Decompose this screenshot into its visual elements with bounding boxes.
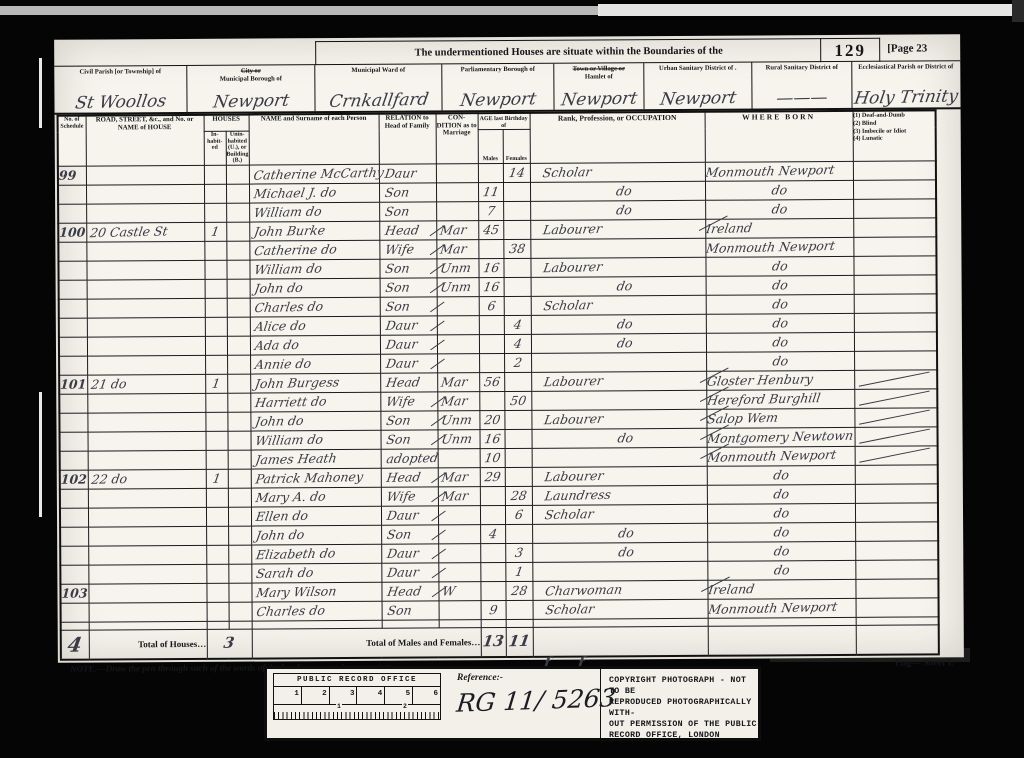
cell-relation-value: Daur xyxy=(386,545,420,561)
cell-name: Mary Wilson xyxy=(251,582,381,602)
cell-disability xyxy=(855,502,938,522)
cell-condition-value: Unm xyxy=(439,278,472,294)
cell-age-female: 2 xyxy=(504,353,531,372)
cell-name: Annie do xyxy=(250,354,380,374)
cell-name-value: Mary Wilson xyxy=(255,583,337,600)
folio-number: 129 xyxy=(820,38,880,62)
district-cell: Municipal Ward ofCrnkallfard xyxy=(315,64,442,111)
cell-occupation: Labourer xyxy=(531,371,706,391)
cell-where-born: do xyxy=(707,465,855,485)
cell-name: John do xyxy=(251,525,381,545)
cell-road xyxy=(86,184,204,204)
total-males-females-label: Total of Males and Females… xyxy=(252,627,481,658)
cell-age-female: 4 xyxy=(504,315,531,334)
cell-inhabited xyxy=(206,545,228,564)
cell-age-male-value: 10 xyxy=(483,449,501,464)
cell-name: Michael J. do xyxy=(249,183,379,203)
cell-condition: Unm xyxy=(437,410,479,429)
cell-uninhabited xyxy=(227,393,250,412)
cell-where-born: Ireland xyxy=(707,579,855,599)
cell-disability xyxy=(853,160,936,180)
cell-inhabited xyxy=(205,298,227,317)
pro-office-label: PUBLIC RECORD OFFICE xyxy=(274,674,440,687)
boundaries-title: The undermentioned Houses are situate wi… xyxy=(315,38,821,65)
page-header: The undermentioned Houses are situate wi… xyxy=(54,34,960,66)
cell-age-female: 38 xyxy=(503,239,530,258)
cell-where-born-value: Hereford Burghill xyxy=(706,390,822,408)
cell-inhabited: 1 xyxy=(206,469,228,488)
cell-relation: Son xyxy=(380,296,437,315)
district-cell: Rural Sanitary District of——— xyxy=(752,62,852,109)
cell-relation: adopted xyxy=(381,448,438,467)
total-females-value: 11 xyxy=(507,632,531,651)
cell-relation-value: Daur xyxy=(383,165,417,181)
cell-condition xyxy=(438,543,480,562)
cell-relation: Daur xyxy=(381,543,438,562)
district-label: Rural Sanitary District of xyxy=(752,62,851,72)
cell-age-male xyxy=(479,391,504,410)
cell-inhabited-value: 1 xyxy=(210,223,220,238)
cell-relation: Son xyxy=(380,410,437,429)
cell-condition: Mar xyxy=(436,239,478,258)
cell-occupation-value: Laundress xyxy=(543,486,612,503)
cell-inhabited xyxy=(206,583,228,602)
col-houses: HOUSES xyxy=(204,115,249,132)
cell-inhabited xyxy=(205,355,227,374)
cell-uninhabited xyxy=(228,526,251,545)
cell-occupation: Laundress xyxy=(532,485,707,505)
cell-schedule xyxy=(58,261,86,280)
cell-where-born: do xyxy=(707,541,855,561)
cell-inhabited xyxy=(206,526,228,545)
cell-where-born: Monmouth Newport xyxy=(705,161,853,181)
cell-age-male: 4 xyxy=(480,524,505,543)
cell-relation: Son xyxy=(379,201,436,220)
total-houses-label: Total of Houses… xyxy=(89,629,207,660)
cell-age-male-value: 9 xyxy=(488,602,498,617)
cell-disability xyxy=(855,578,938,598)
cell-occupation: do xyxy=(531,333,706,353)
cell-schedule: 99 xyxy=(58,166,86,185)
cell-name-value: John do xyxy=(253,279,304,295)
cell-disability xyxy=(854,407,937,427)
cell-where-born: Ireland xyxy=(705,218,853,238)
cell-where-born-value: do xyxy=(705,334,855,350)
cell-name: James Heath xyxy=(251,449,381,469)
cell-disability xyxy=(855,540,938,560)
col-uninhabited: Unin-habited (U.), or Building (B.) xyxy=(226,131,249,165)
cell-condition-value: Mar xyxy=(440,393,469,409)
district-label: Urban Sanitary District of . xyxy=(644,63,751,73)
cell-road xyxy=(87,317,205,337)
cell-inhabited xyxy=(206,450,228,469)
cell-occupation: Scholar xyxy=(532,504,707,524)
cell-relation-value: Son xyxy=(384,260,410,276)
cell-inhabited: 1 xyxy=(204,222,226,241)
reference-section: Reference:- RG 11/ 5263 xyxy=(449,669,601,738)
cell-name: Ada do xyxy=(250,335,380,355)
col-relation: RELATION to Head of Family xyxy=(379,113,436,163)
cell-road xyxy=(87,336,205,356)
cell-disability xyxy=(855,445,938,465)
cell-relation-value: Son xyxy=(384,279,410,295)
page-number: [Page 23 xyxy=(887,42,927,54)
film-edge-strip-bright xyxy=(598,4,1012,16)
cell-occupation-value: do xyxy=(542,278,707,294)
cell-disability xyxy=(856,597,939,617)
cell-occupation-value: Scholar xyxy=(544,601,595,617)
ruler-inch-number: 5 xyxy=(385,687,413,704)
cell-name-value: John Burke xyxy=(253,222,326,239)
cell-inhabited xyxy=(204,165,226,184)
cell-condition-value: Mar xyxy=(440,488,469,504)
ink-slash xyxy=(859,447,930,462)
cell-road xyxy=(87,393,205,413)
cell-name-value: James Heath xyxy=(254,450,337,467)
cell-occupation-value: Labourer xyxy=(543,372,604,388)
cell-road xyxy=(86,165,204,185)
film-scratch xyxy=(39,58,42,128)
cell-age-male: 16 xyxy=(480,429,505,448)
cell-where-born-value: do xyxy=(704,182,854,198)
cell-schedule xyxy=(59,337,87,356)
cell-uninhabited xyxy=(226,165,249,184)
cell-uninhabited xyxy=(227,412,250,431)
col-schedule: No. of Schedule xyxy=(58,116,86,166)
cell-uninhabited xyxy=(227,279,250,298)
cell-schedule xyxy=(60,565,88,584)
cell-name-value: William do xyxy=(252,203,322,220)
cell-occupation: Labourer xyxy=(530,219,705,239)
cell-name-value: Mary A. do xyxy=(254,488,326,505)
cell-age-male-value: 16 xyxy=(482,259,500,274)
cell-schedule xyxy=(59,356,87,375)
cell-uninhabited xyxy=(228,469,251,488)
cell-schedule xyxy=(58,185,86,204)
cell-occupation-value: do xyxy=(541,183,706,199)
cell-where-born-value: Monmouth Newport xyxy=(705,237,836,255)
cell-where-born-value: Gloster Henbury xyxy=(705,371,813,389)
cell-where-born: do xyxy=(705,256,853,276)
cell-road xyxy=(88,450,206,470)
cell-name-value: Patrick Mahoney xyxy=(254,468,364,486)
cell-schedule: 102 xyxy=(60,470,88,489)
cell-uninhabited xyxy=(227,298,250,317)
cell-schedule xyxy=(59,299,87,318)
cell-relation: Daur xyxy=(379,163,436,182)
cell-where-born: do xyxy=(707,522,855,542)
cell-name: Patrick Mahoney xyxy=(251,468,381,488)
district-cell: City orMunicipal Borough ofNewport xyxy=(187,65,315,112)
cell-occupation-value: do xyxy=(542,316,707,332)
ruler-inch-number: 2 xyxy=(302,687,330,704)
cell-age-male: 16 xyxy=(479,277,504,296)
sheet-label: Eng— Sheet E xyxy=(895,658,954,668)
cell-age-female xyxy=(503,258,530,277)
cell-disability xyxy=(855,483,938,503)
cell-road xyxy=(88,545,206,565)
cell-age-female xyxy=(505,429,532,448)
cell-road xyxy=(86,203,204,223)
cell-name: John Burke xyxy=(249,221,379,241)
cell-where-born: Monmouth Newport xyxy=(707,446,855,466)
cell-age-male xyxy=(478,239,503,258)
cell-inhabited xyxy=(205,336,227,355)
cell-uninhabited xyxy=(226,222,249,241)
cell-occupation-value: Labourer xyxy=(542,220,603,236)
cell-age-female-value: 6 xyxy=(513,506,523,521)
cell-age-male xyxy=(479,315,504,334)
cell-occupation-value: Charwoman xyxy=(544,581,623,598)
cell-road: 21 do xyxy=(87,374,205,394)
cell-disability xyxy=(855,464,938,484)
cell-age-male xyxy=(480,486,505,505)
cell-uninhabited xyxy=(228,488,251,507)
cell-occupation-value: do xyxy=(541,202,706,218)
cell-where-born: do xyxy=(706,313,854,333)
cell-relation-value: Daur xyxy=(386,564,420,580)
district-value: Newport xyxy=(560,89,639,111)
cell-uninhabited xyxy=(228,583,251,602)
cell-relation: Head xyxy=(379,220,436,239)
cell-inhabited xyxy=(205,412,227,431)
cell-disability xyxy=(853,236,936,256)
flourish-mark: 4 xyxy=(66,632,84,656)
cell-age-male-value: 20 xyxy=(483,411,501,426)
cell-age-male-value: 7 xyxy=(486,203,496,218)
cell-relation: Daur xyxy=(380,315,437,334)
cell-schedule xyxy=(60,451,88,470)
cell-inhabited-value: 1 xyxy=(212,470,222,485)
cell-where-born-value: do xyxy=(706,467,856,483)
cell-name-value: Michael J. do xyxy=(252,184,337,201)
cell-relation-value: Son xyxy=(385,431,411,447)
cell-condition-value: Unm xyxy=(440,430,473,446)
cell-inhabited xyxy=(204,203,226,222)
cell-relation-value: Wife xyxy=(385,393,416,409)
ruler-inch-number: 6 xyxy=(413,687,440,704)
cell-age-female: 1 xyxy=(505,562,532,581)
cell-disability xyxy=(855,559,938,579)
cell-road xyxy=(87,355,205,375)
cell-name: Catherine do xyxy=(249,240,379,260)
district-value: St Woollos xyxy=(74,91,168,113)
cell-road xyxy=(87,431,205,451)
ink-slash xyxy=(859,428,930,443)
cell-disability xyxy=(854,293,937,313)
cell-occupation-value: do xyxy=(542,335,707,351)
cell-age-female-value: 14 xyxy=(507,164,525,179)
cell-name-value: Charles do xyxy=(253,298,324,315)
district-label: Civil Parish [or Township] of xyxy=(54,66,186,76)
cell-condition: Unm xyxy=(438,429,480,448)
cell-condition-value: Unm xyxy=(439,259,472,275)
cell-road xyxy=(86,241,204,261)
cell-age-male: 9 xyxy=(481,600,506,619)
cell-relation: Daur xyxy=(381,562,438,581)
cell-name-value: Ada do xyxy=(253,336,299,352)
ink-slash xyxy=(858,371,929,386)
cell-condition-value: Mar xyxy=(439,241,468,257)
cell-age-female-value: 50 xyxy=(509,392,527,407)
cell-schedule xyxy=(58,242,86,261)
cell-name-value: Catherine do xyxy=(253,241,338,258)
cell-disability xyxy=(854,388,937,408)
cell-road-value: 20 Castle St xyxy=(89,223,169,240)
cell-name-value: Catherine McCarthy xyxy=(252,164,384,182)
cell-schedule xyxy=(60,546,88,565)
ink-slash xyxy=(858,390,929,405)
district-value: Holy Trinity xyxy=(853,86,960,108)
cell-uninhabited xyxy=(226,260,249,279)
cell-road xyxy=(89,602,207,622)
cell-age-male xyxy=(480,581,505,600)
cell-inhabited xyxy=(204,260,226,279)
total-males-value: 13 xyxy=(481,632,505,651)
cell-occupation-value: do xyxy=(543,525,708,541)
cell-occupation-value: Labourer xyxy=(542,258,603,274)
cell-relation-value: adopted xyxy=(385,449,439,465)
total-houses-value: 3 xyxy=(223,634,236,652)
cell-schedule-value: 99 xyxy=(58,167,76,182)
cell-name: Sarah do xyxy=(251,563,381,583)
cell-name: William do xyxy=(251,430,381,450)
cell-condition: Unm xyxy=(437,277,479,296)
cell-occupation xyxy=(532,561,707,581)
cell-age-male xyxy=(480,505,505,524)
cell-relation-value: Wife xyxy=(384,241,415,257)
district-cell: Ecclesiastical Parish or District ofHoly… xyxy=(852,61,959,108)
district-cell: Town or Village orHamlet ofNewport xyxy=(554,63,644,110)
cell-occupation: do xyxy=(530,200,705,220)
cell-where-born: do xyxy=(707,503,855,523)
cell-condition: W xyxy=(438,581,480,600)
cell-where-born-value: Monmouth Newport xyxy=(704,161,835,179)
cell-occupation-value: do xyxy=(544,544,709,560)
cell-occupation-value: Scholar xyxy=(541,164,592,180)
cell-occupation: do xyxy=(532,542,707,562)
cell-disability xyxy=(854,369,937,389)
cell-inhabited-value: 1 xyxy=(211,375,221,390)
cell-condition: Mar xyxy=(438,467,480,486)
cell-road: 22 do xyxy=(88,469,206,489)
cell-relation-value: Son xyxy=(385,412,411,428)
cell-age-female: 4 xyxy=(504,334,531,353)
cell-name-value: Harriett do xyxy=(254,393,328,410)
col-inhabited: In-habit-ed xyxy=(204,131,226,165)
cell-inhabited xyxy=(205,317,227,336)
cell-disability xyxy=(855,521,938,541)
district-cell: Parliamentary Borough ofNewport xyxy=(442,64,554,111)
col-name: NAME and Surname of each Person xyxy=(249,114,379,165)
cell-relation-value: Head xyxy=(384,222,420,238)
cell-name: Catherine McCarthy xyxy=(249,164,379,184)
cell-name-value: Charles do xyxy=(255,602,326,619)
cell-age-male-value: 16 xyxy=(482,278,500,293)
cell-condition xyxy=(437,296,479,315)
cell-name-value: Alice do xyxy=(253,317,306,333)
cell-schedule xyxy=(60,432,88,451)
cell-uninhabited xyxy=(228,450,251,469)
cell-relation-value: Son xyxy=(383,184,409,200)
cell-uninhabited xyxy=(227,317,250,336)
cell-name-value: John do xyxy=(254,412,305,428)
cell-road xyxy=(88,564,206,584)
cell-road xyxy=(87,279,205,299)
cell-inhabited xyxy=(206,564,228,583)
cell-name: John Burgess xyxy=(250,373,380,393)
cell-schedule xyxy=(60,508,88,527)
cell-occupation: Labourer xyxy=(531,409,706,429)
cell-condition-value: Unm xyxy=(440,411,473,427)
cell-age-female xyxy=(506,600,533,619)
cell-relation: Son xyxy=(381,429,438,448)
cell-inhabited xyxy=(206,507,228,526)
cell-where-born: do xyxy=(706,275,854,295)
cell-schedule-value: 100 xyxy=(59,224,86,239)
cell-age-female: 28 xyxy=(505,581,532,600)
cell-condition: Mar xyxy=(437,391,479,410)
ruler-inch-number: 3 xyxy=(330,687,358,704)
cell-name: John do xyxy=(250,411,380,431)
cell-disability xyxy=(853,255,936,275)
cell-occupation: Scholar xyxy=(533,599,708,619)
cell-road xyxy=(88,526,206,546)
cell-road xyxy=(86,260,204,280)
district-label: Municipal Ward of xyxy=(315,64,441,74)
cell-relation-value: Daur xyxy=(384,336,418,352)
col-females: Females xyxy=(503,129,530,163)
cell-road xyxy=(88,488,206,508)
cell-inhabited xyxy=(205,393,227,412)
cell-relation: Wife xyxy=(379,239,436,258)
district-cell: Urban Sanitary District of .Newport xyxy=(644,63,752,110)
cell-inhabited xyxy=(204,184,226,203)
cell-relation: Son xyxy=(382,600,439,619)
copyright-line: RECORD OFFICE, LONDON xyxy=(609,730,758,741)
cell-name: Harriett do xyxy=(250,392,380,412)
cell-age-male: 45 xyxy=(478,220,503,239)
ruler-cm-1: 1 xyxy=(336,703,342,710)
district-value: Newport xyxy=(212,91,291,113)
cell-schedule: 101 xyxy=(59,375,87,394)
cell-age-female-value: 28 xyxy=(510,582,528,597)
cell-where-born: Monmouth Newport xyxy=(708,598,856,618)
cell-schedule xyxy=(59,318,87,337)
cell-uninhabited xyxy=(227,374,250,393)
cell-occupation-value: Labourer xyxy=(543,467,604,483)
cell-age-female xyxy=(504,296,531,315)
ruler-tick-scale: 1 2 xyxy=(274,705,440,719)
cell-road xyxy=(88,583,206,603)
cell-schedule xyxy=(60,527,88,546)
copyright-notice: COPYRIGHT PHOTOGRAPH - NOT TO BEREPRODUC… xyxy=(601,669,758,738)
cell-age-female-value: 1 xyxy=(514,563,524,578)
cell-occupation-value: Scholar xyxy=(543,506,594,522)
district-value: Newport xyxy=(659,88,738,110)
cell-name-value: Ellen do xyxy=(254,507,309,523)
cell-condition xyxy=(438,448,480,467)
cell-relation-value: Head xyxy=(386,583,422,599)
cell-condition-value: Mar xyxy=(440,374,469,390)
ruler-inch-number: 4 xyxy=(357,687,385,704)
cell-where-born-value: do xyxy=(706,486,856,502)
cell-disability xyxy=(853,198,936,218)
cell-age-male xyxy=(480,543,505,562)
copyright-line: COPYRIGHT PHOTOGRAPH - NOT TO BE xyxy=(609,675,758,697)
cell-relation-value: Daur xyxy=(384,355,418,371)
cell-occupation-value: Scholar xyxy=(542,297,593,313)
